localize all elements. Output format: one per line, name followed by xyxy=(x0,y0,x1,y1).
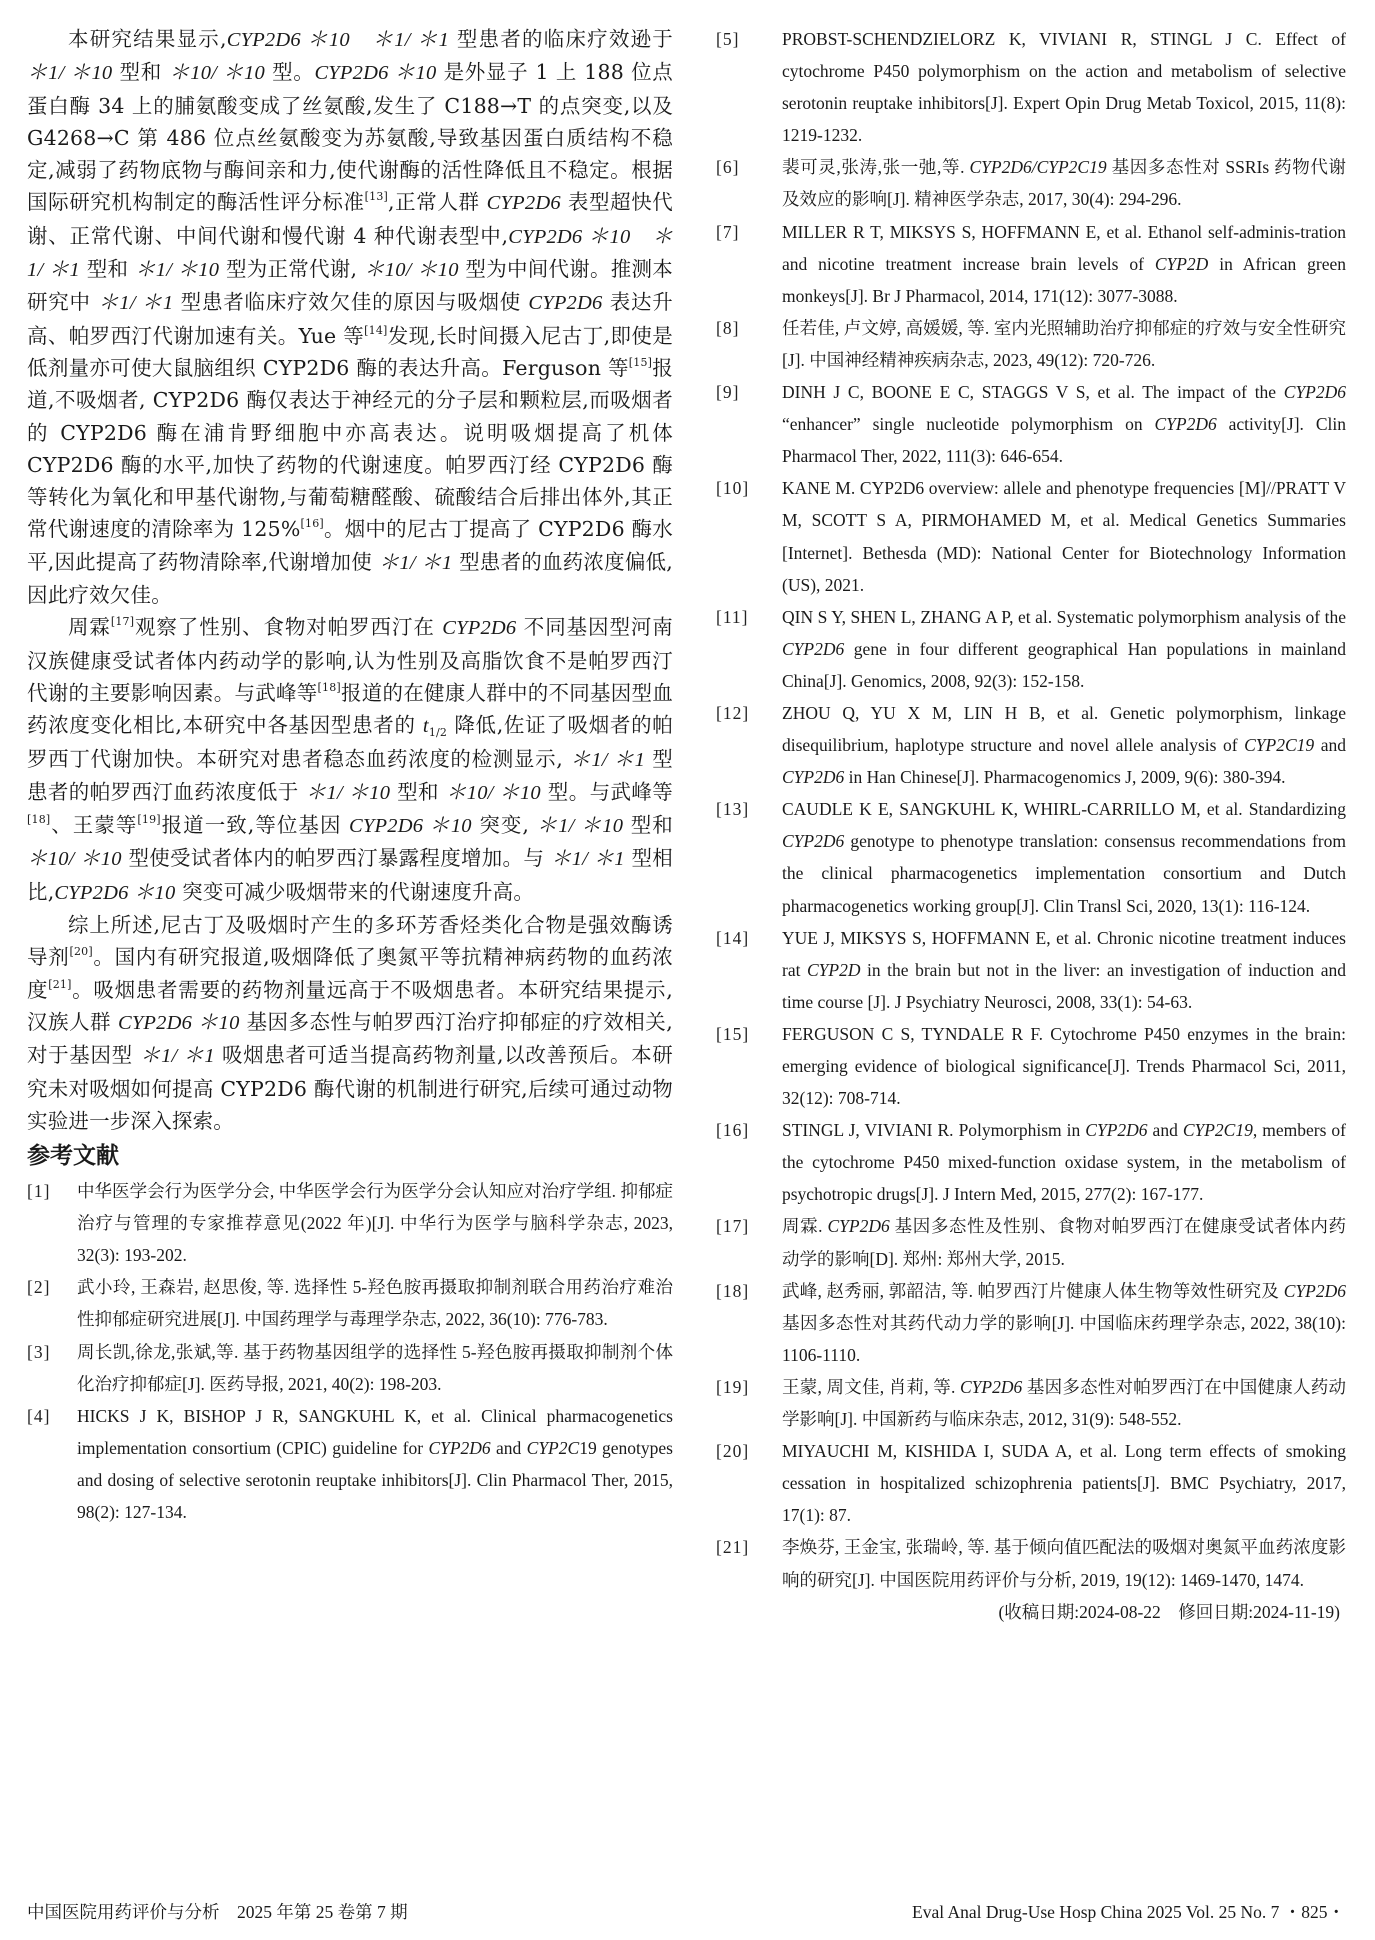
reference-text: 李焕芬, 王金宝, 张瑞岭, 等. 基于倾向值匹配法的吸烟对奥氮平血药浓度影响的… xyxy=(782,1531,1346,1595)
citation-marker: [20] xyxy=(69,945,92,958)
citation-marker: [18] xyxy=(27,813,50,826)
citation-marker: [17] xyxy=(111,615,134,628)
reference-text: ZHOU Q, YU X M, LIN H B, et al. Genetic … xyxy=(782,697,1346,793)
reference-number: [19] xyxy=(716,1371,782,1435)
reference-number: [14] xyxy=(716,922,782,1018)
citation-marker: [14] xyxy=(364,324,387,337)
reference-number: [9] xyxy=(716,376,782,472)
reference-number: [8] xyxy=(716,312,782,376)
reference-text: KANE M. CYP2D6 overview: allele and phen… xyxy=(782,472,1346,600)
reference-text: MILLER R T, MIKSYS S, HOFFMANN E, et al.… xyxy=(782,216,1346,312)
reference-item: [19]王蒙, 周文佳, 肖莉, 等. CYP2D6 基因多态性对帕罗西汀在中国… xyxy=(716,1371,1346,1435)
reference-number: [12] xyxy=(716,697,782,793)
reference-text: FERGUSON C S, TYNDALE R F. Cytochrome P4… xyxy=(782,1018,1346,1114)
reference-number: [4] xyxy=(27,1400,77,1528)
left-column: 本研究结果显示,CYP2D6 ＊10 ＊1/ ＊1 型患者的临床疗效逊于 ＊1/… xyxy=(27,23,673,1528)
reference-number: [13] xyxy=(716,793,782,921)
reference-item: [18]武峰, 赵秀丽, 郭韶洁, 等. 帕罗西汀片健康人体生物等效性研究及 C… xyxy=(716,1275,1346,1371)
reference-item: [9]DINH J C, BOONE E C, STAGGS V S, et a… xyxy=(716,376,1346,472)
reference-text: PROBST-SCHENDZIELORZ K, VIVIANI R, STING… xyxy=(782,23,1346,151)
reference-list-left: [1]中华医学会行为医学分会, 中华医学会行为医学分会认知应对治疗学组. 抑郁症… xyxy=(27,1175,673,1528)
footer-journal-en-page: Eval Anal Drug-Use Hosp China 2025 Vol. … xyxy=(912,1899,1345,1924)
reference-text: HICKS J K, BISHOP J R, SANGKUHL K, et al… xyxy=(77,1400,673,1528)
reference-item: [4]HICKS J K, BISHOP J R, SANGKUHL K, et… xyxy=(27,1400,673,1528)
reference-text: 周霖. CYP2D6 基因多态性及性别、食物对帕罗西汀在健康受试者体内药动学的影… xyxy=(782,1210,1346,1274)
citation-marker: [16] xyxy=(301,517,324,530)
reference-item: [14]YUE J, MIKSYS S, HOFFMANN E, et al. … xyxy=(716,922,1346,1018)
reference-item: [12]ZHOU Q, YU X M, LIN H B, et al. Gene… xyxy=(716,697,1346,793)
reference-number: [10] xyxy=(716,472,782,600)
reference-item: [15]FERGUSON C S, TYNDALE R F. Cytochrom… xyxy=(716,1018,1346,1114)
reference-number: [11] xyxy=(716,601,782,697)
citation-marker: [18] xyxy=(318,681,341,694)
reference-item: [1]中华医学会行为医学分会, 中华医学会行为医学分会认知应对治疗学组. 抑郁症… xyxy=(27,1175,673,1271)
reference-text: QIN S Y, SHEN L, ZHANG A P, et al. Syste… xyxy=(782,601,1346,697)
reference-list-right: [5]PROBST-SCHENDZIELORZ K, VIVIANI R, ST… xyxy=(716,23,1346,1596)
reference-number: [3] xyxy=(27,1336,77,1400)
reference-text: 任若佳, 卢文婷, 高媛媛, 等. 室内光照辅助治疗抑郁症的疗效与安全性研究[J… xyxy=(782,312,1346,376)
received-revised-dates: (收稿日期:2024-08-22 修回日期:2024-11-19) xyxy=(716,1596,1346,1628)
reference-item: [2]武小玲, 王森岩, 赵思俊, 等. 选择性 5-羟色胺再摄取抑制剂联合用药… xyxy=(27,1271,673,1335)
reference-text: 裴可灵,张涛,张一弛,等. CYP2D6/CYP2C19 基因多态性对 SSRI… xyxy=(782,151,1346,215)
reference-item: [11]QIN S Y, SHEN L, ZHANG A P, et al. S… xyxy=(716,601,1346,697)
reference-item: [6]裴可灵,张涛,张一弛,等. CYP2D6/CYP2C19 基因多态性对 S… xyxy=(716,151,1346,215)
citation-marker: [15] xyxy=(629,356,652,369)
reference-number: [21] xyxy=(716,1531,782,1595)
reference-item: [21]李焕芬, 王金宝, 张瑞岭, 等. 基于倾向值匹配法的吸烟对奥氮平血药浓… xyxy=(716,1531,1346,1595)
footer-journal-cn: 中国医院用药评价与分析 2025 年第 25 卷第 7 期 xyxy=(27,1899,408,1924)
reference-item: [10]KANE M. CYP2D6 overview: allele and … xyxy=(716,472,1346,600)
citation-marker: [19] xyxy=(137,813,160,826)
reference-item: [3]周长凯,徐龙,张斌,等. 基于药物基因组学的选择性 5-羟色胺再摄取抑制剂… xyxy=(27,1336,673,1400)
reference-number: [18] xyxy=(716,1275,782,1371)
reference-number: [16] xyxy=(716,1114,782,1210)
reference-number: [1] xyxy=(27,1175,77,1271)
citation-marker: [13] xyxy=(365,190,388,203)
reference-text: CAUDLE K E, SANGKUHL K, WHIRL-CARRILLO M… xyxy=(782,793,1346,921)
citation-marker: [21] xyxy=(48,978,71,991)
reference-number: [17] xyxy=(716,1210,782,1274)
reference-text: 中华医学会行为医学分会, 中华医学会行为医学分会认知应对治疗学组. 抑郁症治疗与… xyxy=(77,1175,673,1271)
body-paragraph: 综上所述,尼古丁及吸烟时产生的多环芳香烃类化合物是强效酶诱导剂[20]。国内有研… xyxy=(27,909,673,1137)
body-paragraph: 本研究结果显示,CYP2D6 ＊10 ＊1/ ＊1 型患者的临床疗效逊于 ＊1/… xyxy=(27,23,673,611)
article-body: 本研究结果显示,CYP2D6 ＊10 ＊1/ ＊1 型患者的临床疗效逊于 ＊1/… xyxy=(27,23,673,1137)
reference-text: STINGL J, VIVIANI R. Polymorphism in CYP… xyxy=(782,1114,1346,1210)
reference-item: [7]MILLER R T, MIKSYS S, HOFFMANN E, et … xyxy=(716,216,1346,312)
body-paragraph: 周霖[17]观察了性别、食物对帕罗西汀在 CYP2D6 不同基因型河南汉族健康受… xyxy=(27,611,673,909)
reference-item: [13]CAUDLE K E, SANGKUHL K, WHIRL-CARRIL… xyxy=(716,793,1346,921)
reference-text: 武峰, 赵秀丽, 郭韶洁, 等. 帕罗西汀片健康人体生物等效性研究及 CYP2D… xyxy=(782,1275,1346,1371)
reference-number: [15] xyxy=(716,1018,782,1114)
reference-item: [5]PROBST-SCHENDZIELORZ K, VIVIANI R, ST… xyxy=(716,23,1346,151)
reference-text: MIYAUCHI M, KISHIDA I, SUDA A, et al. Lo… xyxy=(782,1435,1346,1531)
references-heading: 参考文献 xyxy=(27,1139,673,1173)
reference-number: [2] xyxy=(27,1271,77,1335)
reference-item: [8]任若佳, 卢文婷, 高媛媛, 等. 室内光照辅助治疗抑郁症的疗效与安全性研… xyxy=(716,312,1346,376)
reference-item: [17]周霖. CYP2D6 基因多态性及性别、食物对帕罗西汀在健康受试者体内药… xyxy=(716,1210,1346,1274)
reference-text: YUE J, MIKSYS S, HOFFMANN E, et al. Chro… xyxy=(782,922,1346,1018)
reference-text: DINH J C, BOONE E C, STAGGS V S, et al. … xyxy=(782,376,1346,472)
reference-item: [16]STINGL J, VIVIANI R. Polymorphism in… xyxy=(716,1114,1346,1210)
reference-number: [6] xyxy=(716,151,782,215)
reference-number: [5] xyxy=(716,23,782,151)
reference-number: [20] xyxy=(716,1435,782,1531)
reference-text: 周长凯,徐龙,张斌,等. 基于药物基因组学的选择性 5-羟色胺再摄取抑制剂个体化… xyxy=(77,1336,673,1400)
reference-item: [20]MIYAUCHI M, KISHIDA I, SUDA A, et al… xyxy=(716,1435,1346,1531)
reference-number: [7] xyxy=(716,216,782,312)
reference-text: 王蒙, 周文佳, 肖莉, 等. CYP2D6 基因多态性对帕罗西汀在中国健康人药… xyxy=(782,1371,1346,1435)
right-column: [5]PROBST-SCHENDZIELORZ K, VIVIANI R, ST… xyxy=(716,23,1346,1628)
reference-text: 武小玲, 王森岩, 赵思俊, 等. 选择性 5-羟色胺再摄取抑制剂联合用药治疗难… xyxy=(77,1271,673,1335)
